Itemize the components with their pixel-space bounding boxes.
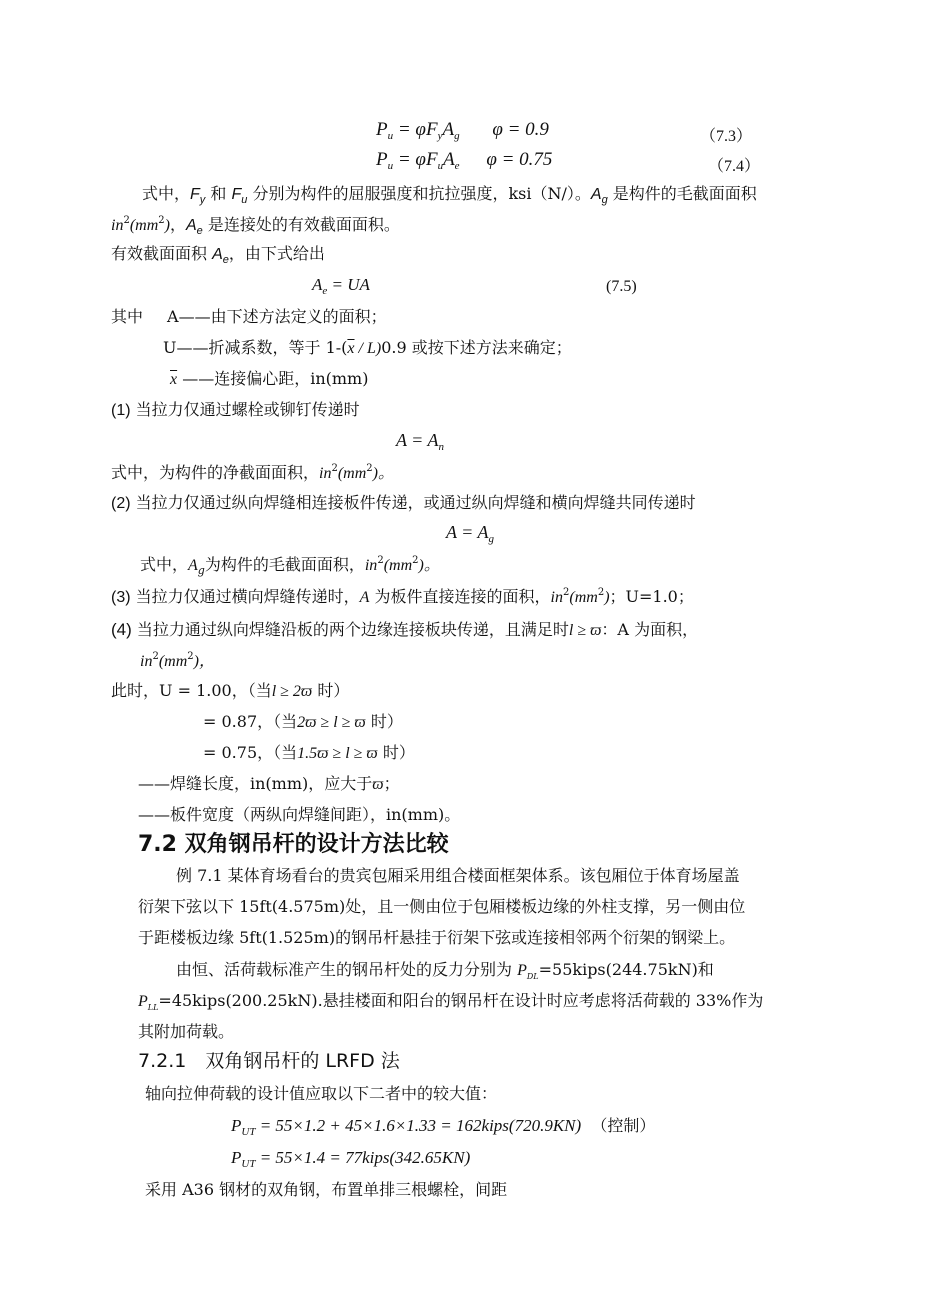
subscript: UT — [241, 1158, 255, 1170]
symbol-ae: A — [186, 217, 197, 234]
text: ；U=1.0； — [610, 587, 694, 606]
condition: 1.5ϖ ≥ l ≥ ϖ — [297, 745, 378, 762]
text: 式中，为构件的净截面面积， — [111, 463, 319, 482]
case-4-unit: in2(mm2)， — [140, 652, 215, 670]
symbol-ae: A — [212, 246, 223, 263]
case-4: (4) 当拉力通过纵向焊缝沿板的两个边缘连接板块传递，且满足时l ≥ ϖ：A 为… — [111, 621, 698, 639]
symbol-xbar: x — [347, 340, 354, 357]
weld-length-definition: ——焊缝长度，in(mm)，应大于ϖ； — [138, 776, 400, 793]
paragraph-effective-area-line: in2(mm2)，Ae 是连接处的有效截面面积。 — [111, 216, 400, 237]
definition-u: U——折减系数，等于 1-(x / L)0.9 或按下述方法来确定； — [163, 340, 572, 357]
text: 此时，U = 1.00，（当 — [111, 681, 272, 700]
expr: = UA — [327, 275, 370, 294]
text: 式中， — [142, 184, 190, 203]
paragraph-strength-definitions: 式中，Fy 和 Fu 分别为构件的屈服强度和抗拉强度，ksi（N/）。Ag 是构… — [142, 186, 757, 206]
text: =55kips(244.75kN)和 — [539, 960, 714, 979]
section-heading-7-2-1: 7.2.1 双角钢吊杆的 LRFD 法 — [138, 1052, 400, 1071]
symbol: A — [442, 119, 454, 140]
unit: in — [140, 653, 152, 670]
design-load-equation-1: PUT = 55×1.2 + 45×1.6×1.33 = 162kips(720… — [231, 1117, 655, 1138]
case-number: (1) — [111, 402, 131, 419]
subscript: g — [198, 564, 205, 577]
expr: A = A — [396, 430, 439, 450]
text: 其中 — [111, 307, 143, 326]
load-line-3: 其附加荷载。 — [138, 1024, 234, 1040]
definition-a: 其中A——由下述方法定义的面积； — [111, 309, 387, 325]
symbol: A — [312, 275, 322, 294]
symbol-ag: A — [591, 186, 602, 203]
unit: in — [111, 217, 123, 234]
text: 和 — [205, 184, 231, 203]
expr: = 55×1.4 = 77kips(342.65KN) — [255, 1148, 470, 1167]
text: 式中， — [140, 555, 188, 574]
subscript: UT — [241, 1126, 255, 1138]
symbol: A — [360, 589, 370, 606]
condition: l ≥ ϖ — [569, 622, 602, 639]
case-1: (1) 当拉力仅通过螺栓或铆钉传递时 — [111, 402, 360, 419]
case-3: (3) 当拉力仅通过横向焊缝传递时，A 为板件直接连接的面积，in2(mm2)；… — [111, 588, 694, 606]
text: 由恒、活荷载标准产生的钢吊杆处的反力分别为 — [176, 960, 517, 979]
load-line-2: PLL=45kips(200.25kN).悬挂楼面和阳台的钢吊杆在设计时应考虑将… — [138, 993, 763, 1012]
text: 时） — [312, 681, 349, 700]
text: 为构件的毛截面面积， — [205, 555, 365, 574]
text: 0.9 或按下述方法来确定； — [381, 338, 572, 357]
equation-number-7-5: (7.5) — [606, 278, 637, 296]
symbol: A — [443, 149, 455, 170]
text: / L) — [355, 340, 382, 357]
unit: in — [551, 589, 563, 606]
unit: in — [365, 557, 377, 574]
text: = 0.75，（当 — [203, 743, 297, 762]
paragraph-effective-area-intro: 有效截面面积 Ae，由下式给出 — [111, 246, 325, 266]
case-2-note: 式中，Ag为构件的毛截面面积，in2(mm2)。 — [140, 556, 440, 576]
unit: (mm — [130, 217, 158, 234]
subscript: e — [455, 160, 460, 172]
phi-value: φ = 0.9 — [492, 119, 549, 140]
subscript: DL — [527, 972, 539, 981]
text: 时） — [366, 712, 403, 731]
design-load-equation-2: PUT = 55×1.4 = 77kips(342.65KN) — [231, 1149, 470, 1170]
text: ：A 为面积， — [601, 620, 698, 639]
subscript: g — [454, 130, 460, 142]
u-value-2: = 0.87，（当2ϖ ≥ l ≥ ϖ 时） — [203, 714, 403, 731]
text: 有效截面面积 — [111, 244, 212, 263]
symbol-fy: F — [190, 186, 200, 203]
condition: 2ϖ ≥ l ≥ ϖ — [297, 714, 366, 731]
text: =45kips(200.25kN).悬挂楼面和阳台的钢吊杆在设计时应考虑将活荷载… — [158, 991, 763, 1010]
equation-7-5: Ae = UA — [312, 276, 370, 297]
text: ， — [170, 215, 186, 234]
equation-7-4: Pu = φFuAe φ = 0.75 — [376, 150, 552, 172]
load-line-1: 由恒、活荷载标准产生的钢吊杆处的反力分别为 PDL=55kips(244.75k… — [176, 962, 714, 981]
symbol: P — [517, 962, 527, 979]
condition: l ≥ 2ϖ — [272, 683, 313, 700]
expr: = φF — [393, 149, 437, 170]
equation-number-7-4: （7.4） — [708, 153, 760, 176]
case-number: (2) — [111, 495, 131, 512]
unit: (mm — [569, 589, 597, 606]
symbol: P — [138, 993, 148, 1010]
example-line-1: 例 7.1 某体育场看台的贵宾包厢采用组合楼面框架体系。该包厢位于体育场屋盖 — [176, 868, 740, 884]
case-number: (3) — [111, 589, 131, 606]
design-load-intro: 轴向拉伸荷载的设计值应取以下二者中的较大值： — [145, 1086, 497, 1102]
symbol: ϖ — [372, 776, 383, 793]
case-2: (2) 当拉力仅通过纵向焊缝相连接板件传递，或通过纵向焊缝和横向焊缝共同传递时 — [111, 495, 696, 512]
unit: in — [319, 465, 331, 482]
subscript: n — [439, 441, 445, 453]
control-note: （控制） — [591, 1116, 655, 1135]
phi-value: φ = 0.75 — [486, 149, 552, 170]
text: = 0.87，（当 — [203, 712, 297, 731]
text: ； — [384, 774, 400, 793]
text: A——由下述方法定义的面积； — [167, 307, 387, 326]
expr: A = A — [446, 522, 489, 542]
case-1-note: 式中，为构件的净截面面积，in2(mm2)。 — [111, 464, 394, 482]
symbol: P — [231, 1148, 241, 1167]
text: ，由下式给出 — [229, 244, 325, 263]
text: 当拉力仅通过纵向焊缝相连接板件传递，或通过纵向焊缝和横向焊缝共同传递时 — [136, 493, 696, 512]
symbol: P — [231, 1116, 241, 1135]
text: 当拉力仅通过螺栓或铆钉传递时 — [136, 400, 360, 419]
text: ——连接偏心距，in(mm) — [177, 369, 368, 388]
text: U——折减系数，等于 1-( — [163, 338, 347, 357]
subscript: LL — [148, 1003, 159, 1012]
closing-line: 采用 A36 钢材的双角钢，布置单排三根螺栓，间距 — [145, 1182, 507, 1198]
text: 分别为构件的屈服强度和抗拉强度，ksi（N/）。 — [247, 184, 591, 203]
text: 为板件直接连接的面积， — [369, 587, 550, 606]
equation-a-ag: A = Ag — [446, 523, 494, 545]
unit: (mm — [338, 465, 366, 482]
example-line-3: 于距楼板边缘 5ft(1.525m)的钢吊杆悬挂于衍架下弦或连接相邻两个衍架的钢… — [138, 930, 735, 946]
symbol-fu: F — [231, 186, 241, 203]
equation-7-3: Pu = φFyAg φ = 0.9 — [376, 120, 549, 142]
u-value-1: 此时，U = 1.00，（当l ≥ 2ϖ 时） — [111, 683, 349, 700]
equation-a-an: A = An — [396, 431, 444, 453]
plate-width-definition: ——板件宽度（两纵向焊缝间距），in(mm)。 — [138, 807, 460, 823]
case-number: (4) — [111, 620, 132, 639]
symbol: P — [376, 149, 388, 170]
text: ——焊缝长度，in(mm)，应大于 — [138, 774, 372, 793]
text: 当拉力通过纵向焊缝沿板的两个边缘连接板块传递，且满足时 — [137, 620, 569, 639]
section-heading-7-2: 7.2 双角钢吊杆的设计方法比较 — [138, 834, 449, 856]
symbol: P — [376, 119, 388, 140]
text: 当拉力仅通过横向焊缝传递时， — [136, 587, 360, 606]
subscript: g — [489, 533, 495, 545]
symbol: A — [188, 557, 198, 574]
unit: )， — [194, 653, 215, 670]
unit: (mm — [384, 557, 412, 574]
expr: = 55×1.2 + 45×1.6×1.33 = 162kips(720.9KN… — [255, 1116, 581, 1135]
text: 时） — [378, 743, 415, 762]
u-value-3: = 0.75，（当1.5ϖ ≥ l ≥ ϖ 时） — [203, 745, 415, 762]
unit: )。 — [419, 557, 440, 574]
definition-xbar: x ——连接偏心距，in(mm) — [170, 371, 368, 388]
expr: = φF — [393, 119, 437, 140]
unit: (mm — [159, 653, 187, 670]
example-line-2: 衍架下弦以下 15ft(4.575m)处，且一侧由位于包厢楼板边缘的外柱支撑，另… — [138, 899, 745, 915]
text: 是构件的毛截面面积 — [608, 184, 757, 203]
unit: )。 — [373, 465, 394, 482]
text: 是连接处的有效截面面积。 — [203, 215, 400, 234]
equation-number-7-3: （7.3） — [700, 123, 752, 146]
